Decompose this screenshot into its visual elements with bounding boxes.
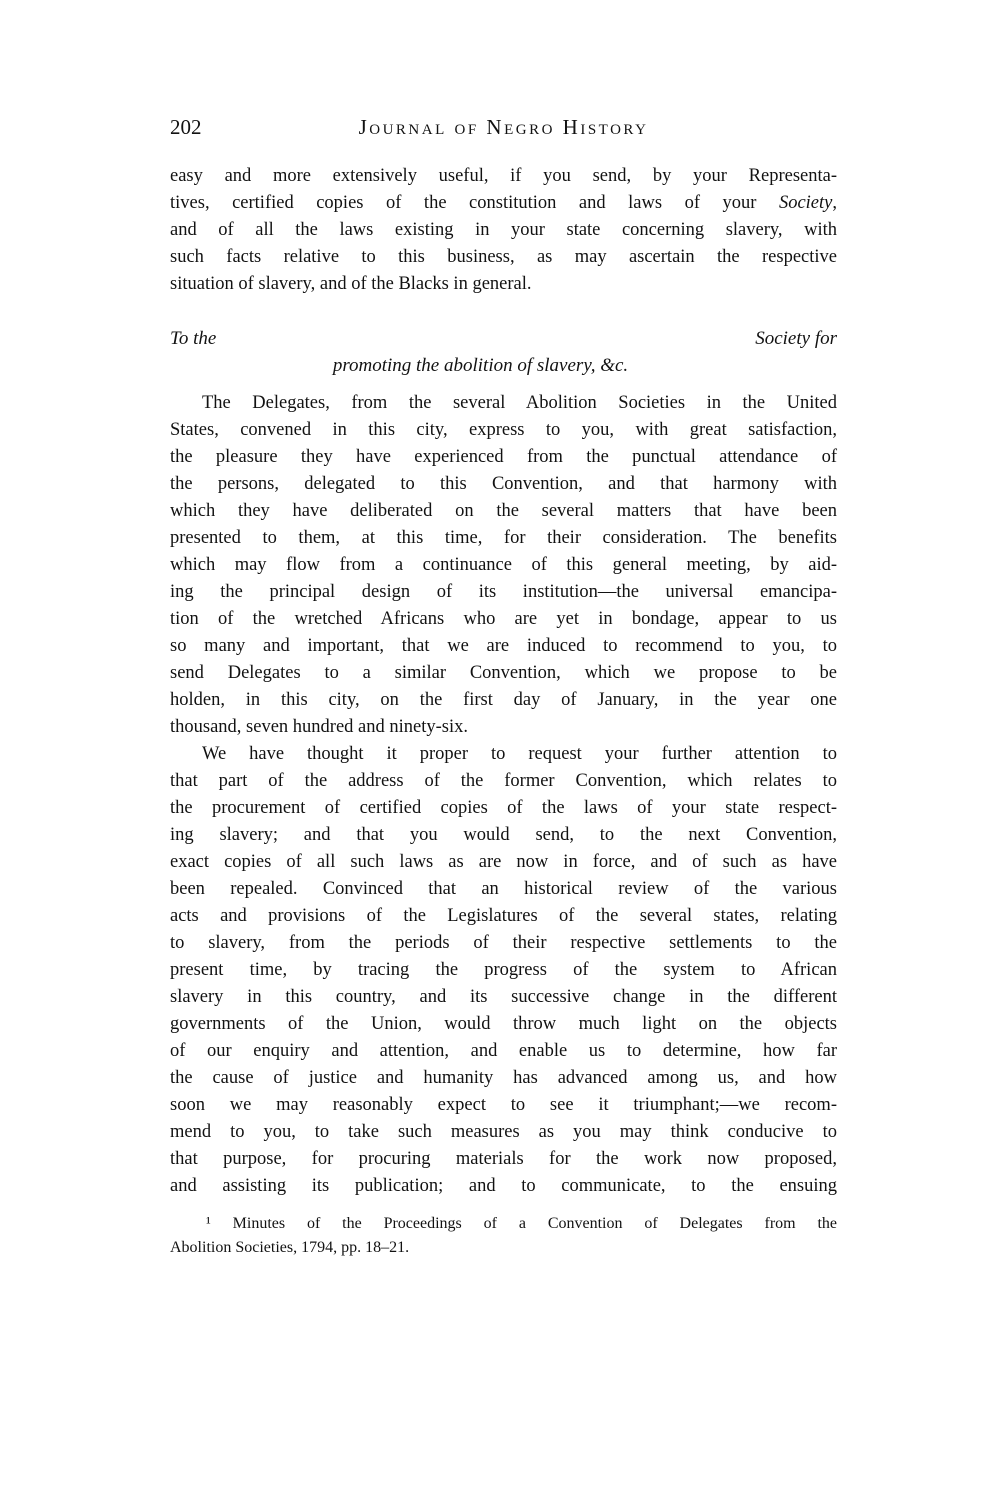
- text-line: We have thought it proper to request you…: [170, 741, 837, 768]
- salutation-to-the: To the: [170, 325, 216, 352]
- text-line: which may flow from a continuance of thi…: [170, 552, 837, 579]
- text-line: the cause of justice and humanity has ad…: [170, 1065, 837, 1092]
- text-line: and of all the laws existing in your sta…: [170, 217, 837, 244]
- text-line: situation of slavery, and of the Blacks …: [170, 271, 837, 298]
- text-line: The Delegates, from the several Abolitio…: [170, 390, 837, 417]
- text-line: present time, by tracing the progress of…: [170, 957, 837, 984]
- text-line: the persons, delegated to this Conventio…: [170, 471, 837, 498]
- text-line: States, convened in this city, express t…: [170, 417, 837, 444]
- text-line: slavery in this country, and its success…: [170, 984, 837, 1011]
- text-line: the procurement of certified copies of t…: [170, 795, 837, 822]
- text-line: soon we may reasonably expect to see it …: [170, 1092, 837, 1119]
- paragraph-continuation: easy and more extensively useful, if you…: [170, 163, 837, 298]
- text-line: ing slavery; and that you would send, to…: [170, 822, 837, 849]
- text-line: been repealed. Convinced that an histori…: [170, 876, 837, 903]
- text-line: send Delegates to a similar Convention, …: [170, 660, 837, 687]
- text-line: that part of the address of the former C…: [170, 768, 837, 795]
- paragraph-delegates: The Delegates, from the several Abolitio…: [170, 390, 837, 741]
- journal-title: Journal of Negro History: [170, 115, 837, 140]
- text-line: tives, certified copies of the constitut…: [170, 190, 837, 217]
- text-line: mend to you, to take such measures as yo…: [170, 1119, 837, 1146]
- footnote: ¹ Minutes of the Proceedings of a Conven…: [170, 1212, 837, 1260]
- text-line: Abolition Societies, 1794, pp. 18–21.: [170, 1236, 837, 1260]
- text-line: easy and more extensively useful, if you…: [170, 163, 837, 190]
- text-line: that purpose, for procuring materials fo…: [170, 1146, 837, 1173]
- text-line: such facts relative to this business, as…: [170, 244, 837, 271]
- text-line: ing the principal design of its institut…: [170, 579, 837, 606]
- salutation-line-1: To the Society for: [170, 325, 837, 352]
- text-line: thousand, seven hundred and ninety-six.: [170, 714, 837, 741]
- text-line: exact copies of all such laws as are now…: [170, 849, 837, 876]
- text-line: governments of the Union, would throw mu…: [170, 1011, 837, 1038]
- salutation-society-for: Society for: [755, 325, 837, 352]
- text-line: to slavery, from the periods of their re…: [170, 930, 837, 957]
- salutation: To the Society for promoting the aboliti…: [170, 325, 837, 379]
- paragraph-further-attention: We have thought it proper to request you…: [170, 741, 837, 1200]
- text-line: and assisting its publication; and to co…: [170, 1173, 837, 1200]
- text-line: of our enquiry and attention, and enable…: [170, 1038, 837, 1065]
- text-line: acts and provisions of the Legislatures …: [170, 903, 837, 930]
- page-container: 202 Journal of Negro History easy and mo…: [0, 0, 1000, 1495]
- text-line: which they have deliberated on the sever…: [170, 498, 837, 525]
- text-line: tion of the wretched Africans who are ye…: [170, 606, 837, 633]
- text-line: ¹ Minutes of the Proceedings of a Conven…: [170, 1212, 837, 1236]
- text-line: presented to them, at this time, for the…: [170, 525, 837, 552]
- page-header: 202 Journal of Negro History: [170, 115, 837, 142]
- text-line: the pleasure they have experienced from …: [170, 444, 837, 471]
- salutation-line-2: promoting the abolition of slavery, &c.: [170, 352, 837, 379]
- text-line: holden, in this city, on the first day o…: [170, 687, 837, 714]
- text-line: so many and important, that we are induc…: [170, 633, 837, 660]
